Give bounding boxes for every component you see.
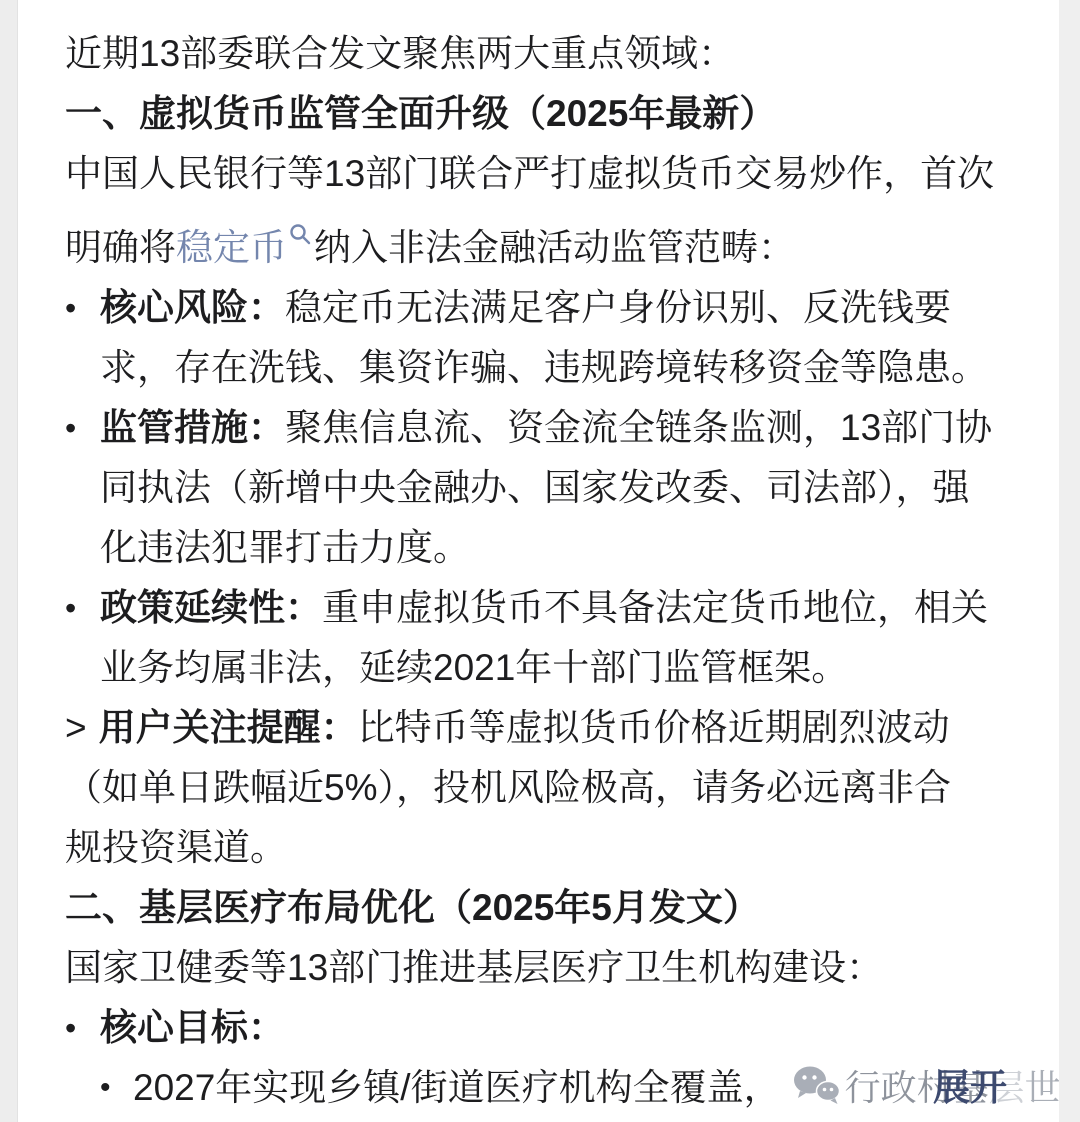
bullet-label: 政策延续性： bbox=[100, 587, 322, 628]
right-edge-strip bbox=[1059, 0, 1080, 1122]
bullet-policy: • 政策延续性：重申虚拟货币不具备法定货币地位，相关 业务均属非法，延续2021… bbox=[65, 578, 1015, 698]
intro-paragraph: 近期13部委联合发文聚焦两大重点领域： bbox=[65, 24, 1015, 84]
lead-text-pre: 明确将 bbox=[65, 227, 176, 268]
section2-lead: 国家卫健委等13部门推进基层医疗卫生机构建设： bbox=[65, 938, 1015, 998]
bullet-dot: • bbox=[65, 278, 100, 398]
bullet-core-risk-line1: 核心风险：稳定币无法满足客户身份识别、反洗钱要 bbox=[100, 278, 1015, 338]
sub-bullet-2027-line: 2027年实现乡镇/街道医疗机构全覆盖，行政村基层世界 展开 bbox=[133, 1058, 1015, 1122]
user-alert-text: 比特币等虚拟货币价格近期剧烈波动 bbox=[358, 707, 950, 748]
sub-bullet-text: 2027年实现乡镇/街道医疗机构全覆盖， bbox=[133, 1067, 781, 1108]
section1-lead-line1: 中国人民银行等13部门联合严打虚拟货币交易炒作，首次 bbox=[65, 144, 1015, 204]
bullet-dot: • bbox=[65, 578, 100, 698]
bullet-text: 聚焦信息流、资金流全链条监测，13部门协 bbox=[285, 407, 992, 448]
stablecoin-link-label: 稳定币 bbox=[176, 227, 287, 268]
search-icon bbox=[288, 204, 312, 264]
bullet-core-goal-label: 核心目标： bbox=[100, 998, 1015, 1058]
user-alert-line2: （如单日跌幅近5%），投机风险极高，请务必远离非合 bbox=[65, 758, 1015, 818]
bullet-dot: • bbox=[65, 398, 100, 578]
user-alert-label: 用户关注提醒： bbox=[99, 707, 358, 748]
bullet-regulation-line2: 同执法（新增中央金融办、国家发改委、司法部），强 bbox=[100, 458, 1015, 518]
bullet-regulation: • 监管措施：聚焦信息流、资金流全链条监测，13部门协 同执法（新增中央金融办、… bbox=[65, 398, 1015, 578]
bullet-dot: • bbox=[100, 1058, 133, 1122]
bullet-policy-line2: 业务均属非法，延续2021年十部门监管框架。 bbox=[100, 638, 1015, 698]
bullet-dot: • bbox=[65, 998, 100, 1058]
user-alert-line1: >用户关注提醒：比特币等虚拟货币价格近期剧烈波动 bbox=[65, 698, 1015, 758]
bullet-core-risk: • 核心风险：稳定币无法满足客户身份识别、反洗钱要 求，存在洗钱、集资诈骗、违规… bbox=[65, 278, 1015, 398]
bullet-regulation-line1: 监管措施：聚焦信息流、资金流全链条监测，13部门协 bbox=[100, 398, 1015, 458]
article-body: 近期13部委联合发文聚焦两大重点领域： 一、虚拟货币监管全面升级（2025年最新… bbox=[17, 0, 1059, 1122]
bullet-label: 核心风险： bbox=[100, 287, 285, 328]
bullet-label: 监管措施： bbox=[100, 407, 285, 448]
stablecoin-link[interactable]: 稳定币 bbox=[176, 227, 314, 268]
lead-text-post: 纳入非法金融活动监管范畴： bbox=[314, 227, 795, 268]
bullet-policy-line1: 政策延续性：重申虚拟货币不具备法定货币地位，相关 bbox=[100, 578, 1015, 638]
section2-heading: 二、基层医疗布局优化（2025年5月发文） bbox=[65, 878, 1015, 938]
bullet-core-risk-line2: 求，存在洗钱、集资诈骗、违规跨境转移资金等隐患。 bbox=[100, 338, 1015, 398]
bullet-text: 稳定币无法满足客户身份识别、反洗钱要 bbox=[285, 287, 951, 328]
user-alert-line3: 规投资渠道。 bbox=[65, 818, 1015, 878]
section1-lead-line2: 明确将稳定币纳入非法金融活动监管范畴： bbox=[65, 204, 1015, 278]
section1-heading: 一、虚拟货币监管全面升级（2025年最新） bbox=[65, 84, 1015, 144]
quote-marker: > bbox=[65, 707, 87, 748]
expand-button[interactable]: 展开 bbox=[933, 1058, 1007, 1118]
bullet-core-goal: • 核心目标： bbox=[65, 998, 1015, 1058]
left-edge-strip bbox=[0, 0, 18, 1122]
bullet-regulation-line3: 化违法犯罪打击力度。 bbox=[100, 518, 1015, 578]
sub-bullet-2027: • 2027年实现乡镇/街道医疗机构全覆盖，行政村基层世界 展开 bbox=[100, 1058, 1015, 1122]
bullet-text: 重申虚拟货币不具备法定货币地位，相关 bbox=[322, 587, 988, 628]
wechat-icon bbox=[791, 1064, 841, 1122]
